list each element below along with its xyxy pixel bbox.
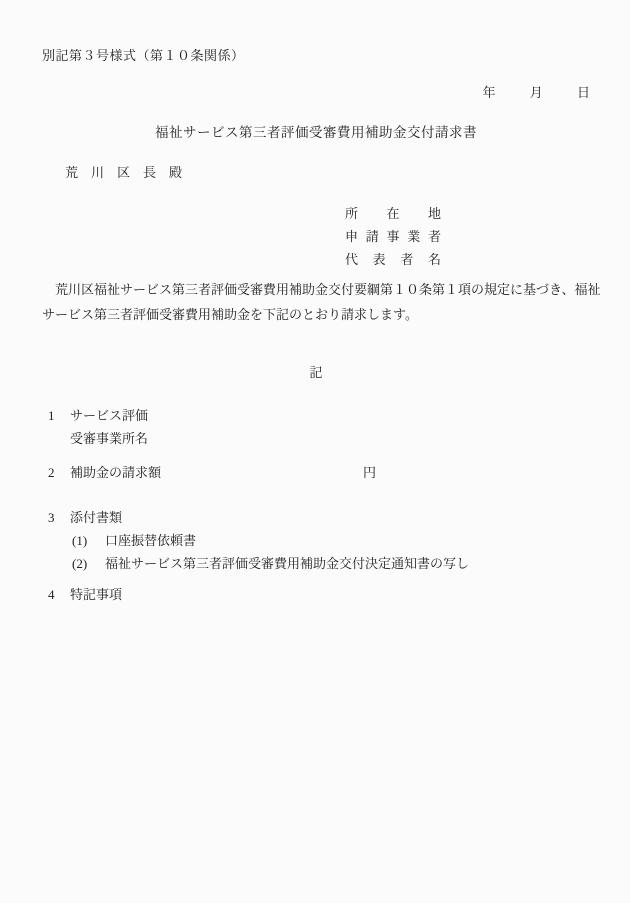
body-paragraph-line-2: サービス第三者評価受審費用補助金を下記のとおり請求します。 bbox=[42, 302, 590, 327]
applicant-block: 所在地 申請事業者 代表者名 bbox=[345, 202, 441, 271]
applicant-label: 申請事業者 bbox=[345, 225, 441, 248]
document-page: 別記第３号様式（第１０条関係） 年 月 日 福祉サービス第三者評価受審費用補助金… bbox=[0, 0, 630, 903]
item-special-notes: 4特記事項 bbox=[42, 583, 590, 606]
item-attached-documents: 3添付書類 bbox=[42, 506, 590, 529]
item-number: 2 bbox=[48, 461, 70, 484]
yen-unit-label: 円 bbox=[363, 461, 376, 484]
document-content: 別記第３号様式（第１０条関係） 年 月 日 福祉サービス第三者評価受審費用補助金… bbox=[0, 0, 630, 606]
item-label: 添付書類 bbox=[70, 510, 122, 525]
item-label: サービス評価 bbox=[70, 408, 148, 423]
sub-item-marker: (2) bbox=[72, 552, 105, 575]
addressee: 荒 川 区 長 殿 bbox=[65, 162, 590, 183]
sub-item-marker: (1) bbox=[72, 529, 105, 552]
sub-item-account-transfer-request: (1)口座振替依頼書 bbox=[42, 529, 590, 552]
item-label: 補助金の請求額 bbox=[70, 465, 161, 480]
month-label: 月 bbox=[530, 85, 543, 100]
sub-item-grant-decision-notice-copy: (2)福祉サービス第三者評価受審費用補助金交付決定通知書の写し bbox=[42, 552, 590, 575]
item-service-evaluation-line2: 受審事業所名 bbox=[42, 427, 590, 450]
item-number: 3 bbox=[48, 506, 70, 529]
sub-item-label: 福祉サービス第三者評価受審費用補助金交付決定通知書の写し bbox=[105, 556, 469, 571]
item-number: 1 bbox=[48, 404, 70, 427]
year-label: 年 bbox=[482, 85, 495, 100]
item-number: 4 bbox=[48, 583, 70, 606]
document-title: 福祉サービス第三者評価受審費用補助金交付請求書 bbox=[42, 122, 590, 143]
sub-item-label: 口座振替依頼書 bbox=[105, 533, 196, 548]
body-paragraph-line-1: 荒川区福祉サービス第三者評価受審費用補助金交付要綱第１０条第１項の規定に基づき、… bbox=[42, 277, 590, 302]
body-paragraph: 荒川区福祉サービス第三者評価受審費用補助金交付要綱第１０条第１項の規定に基づき、… bbox=[42, 277, 590, 327]
address-label: 所在地 bbox=[345, 202, 441, 225]
day-label: 日 bbox=[577, 85, 590, 100]
representative-label: 代表者名 bbox=[345, 248, 441, 271]
record-heading: 記 bbox=[42, 362, 590, 383]
item-subsidy-claim-amount: 2補助金の請求額 円 bbox=[42, 461, 590, 484]
item-service-evaluation: 1サービス評価 bbox=[42, 404, 590, 427]
item-list: 1サービス評価 受審事業所名 2補助金の請求額 円 3添付書類 (1)口座振替依… bbox=[42, 404, 590, 606]
form-number: 別記第３号様式（第１０条関係） bbox=[42, 45, 590, 66]
item-label: 特記事項 bbox=[70, 587, 122, 602]
date-line: 年 月 日 bbox=[42, 82, 590, 103]
